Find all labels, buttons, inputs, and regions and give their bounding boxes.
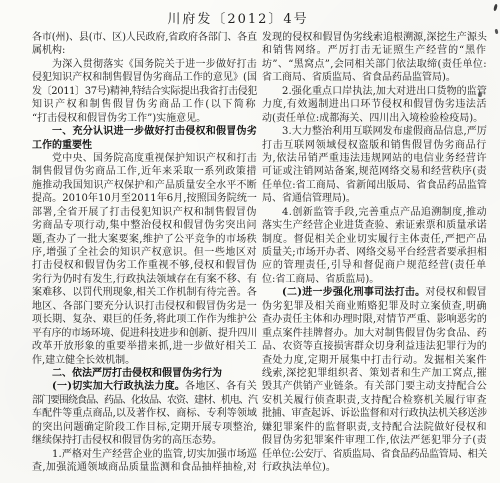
text-line: 毁其产供销产业链条。有关部门要主动支持配合公 <box>262 380 487 393</box>
body-text: 行政执法单位)。 <box>262 462 336 473</box>
body-text: 局、省通信管理局)。 <box>262 193 356 204</box>
text-line: 嫌犯罪案件的监督职责,支持配合法院做好侵权和 <box>262 421 487 434</box>
text-line: 作,建立健全长效机制。 <box>32 354 257 367</box>
body-text: 可证或注销网站备案,规范网络交易和经营秩序(责 <box>262 166 487 177</box>
text-line: 力度,有效遏制进出口环节侵权和假冒伪劣违法活 <box>262 98 487 111</box>
body-text: 属机构: <box>32 45 65 56</box>
body-text: 4.创新监管手段,完善重点产品追溯制度,推动 <box>282 207 487 218</box>
left-column: 各市(州)、县(市、区)人民政府,省政府各部门、各直属机构:为深入贯彻落实《国务… <box>32 31 257 474</box>
text-line: 省工商局、省质监局、省食品药品监管局)。 <box>262 71 487 84</box>
body-text: 动(责任单位:成都海关、四川出入境检验检疫局)。 <box>262 113 483 124</box>
text-line: 任单位:公安厅、省质监局、省食品药品监管局、相关 <box>262 448 487 461</box>
text-line: 劣商品专项行动,集中整治侵权和假冒伪劣突出问 <box>32 219 257 232</box>
body-text: 查办责任主体和办理时限,对情节严重、影响恶劣的 <box>262 314 487 325</box>
text-line: 属机构: <box>32 44 257 57</box>
body-text: “打击侵权和假冒伪劣工作”)实施意见。 <box>32 113 206 124</box>
body-text: 继续保持打击侵权和假冒伪劣的高压态势。 <box>32 435 222 446</box>
body-text: 3.大力整治利用互联网发布虚假商品信息,严厉 <box>282 126 487 137</box>
body-text: 应的管理责任,引导和督促商户规范经营(责任单 <box>262 260 487 271</box>
scan-artifact <box>478 92 482 97</box>
text-line: 平有序的市场环境、促进科技进步和创新、提升四川 <box>32 327 257 340</box>
text-line: 查处力度,定期开展集中打击行动。发掘相关案件 <box>262 354 487 367</box>
body-text: 提高。2010年10月至2011年6月,按照国务院统一 <box>32 193 257 204</box>
body-text: 坊”、“黑窝点”,会同相关部门依法取缔(责任单位: <box>262 59 487 70</box>
text-line: (二)进一步强化刑事司法打击。对侵权和假冒 <box>262 286 487 299</box>
body-text: 力度,有效遏制进出口环节侵权和假冒伪劣违法活 <box>262 99 487 110</box>
text-line: 部门要围绕食品、药品、化妆品、农资、建材、机电、汽 <box>32 394 257 407</box>
text-line: 质量关;市场开办者、网络交易平台经营者要承担相 <box>262 246 487 259</box>
body-text: 地区、各部门要充分认识打击侵权和假冒伪劣是一 <box>32 301 257 312</box>
text-line: 侵犯知识产权和制售假冒伪劣商品工作的意见》(国 <box>32 71 257 84</box>
scan-artifact <box>495 29 499 35</box>
text-line: 位:省工商局、省质监局)。 <box>262 273 487 286</box>
text-line: 部署,全省开展了打击侵犯知识产权和制售假冒伪 <box>32 206 257 219</box>
body-text: 序,增强了全社会的知识产权意识。但一些地区对 <box>32 247 257 258</box>
body-text: 为深入贯彻落实《国务院关于进一步做好打击 <box>52 59 257 70</box>
text-line: 局、省通信管理局)。 <box>262 192 487 205</box>
text-line: “打击侵权和假冒伪劣工作”)实施意见。 <box>32 112 257 125</box>
scanned-document-page: 川府发〔2012〕4号 各市(州)、县(市、区)人民政府,省政府各部门、各直属机… <box>0 0 500 483</box>
text-line: 各市(州)、县(市、区)人民政府,省政府各部门、各直 <box>32 31 257 44</box>
text-line: 和销售网络。严厉打击无证照生产经营的“黑作 <box>262 44 487 57</box>
text-line: 二、依法严厉打击侵权和假冒伪劣行为 <box>32 367 257 380</box>
body-text: 部门要围绕食品、药品、化妆品、农资、建材、机电、汽 <box>32 395 257 406</box>
heading-text: 一、充分认识进一步做好打击侵权和假冒伪劣 <box>52 126 257 137</box>
subheading-text: (一)切实加大行政执法力度。 <box>52 381 185 392</box>
text-line: 项长期、复杂、艰巨的任务,将此项工作作为维护公 <box>32 313 257 326</box>
body-text: 查,加强流通领域商品质量监测和食品抽样抽检,对 <box>32 462 257 473</box>
body-text: 党中央、国务院高度重视保护知识产权和打击 <box>52 153 257 164</box>
body-text: 知识产权和制售假冒伪劣商品工作(以下简称 <box>32 99 257 110</box>
text-line: 车配件等重点商品,以及著作权、商标、专利等领域 <box>32 407 257 420</box>
text-line: 重点案件挂牌督办。加大对制售假冒伪劣食品、药 <box>262 327 487 340</box>
body-text: 2.强化重点口岸执法,加大对进出口货物的监管 <box>282 86 487 97</box>
body-text: 落实生产经营企业进货查验、索证索票和质量承诺 <box>262 220 487 231</box>
text-line: 地区、各部门要充分认识打击侵权和假冒伪劣是一 <box>32 300 257 313</box>
body-text: 各地区、各有关 <box>185 381 257 392</box>
body-text: 劣行为仍时有发生,行政执法领域存在有案不移、有 <box>32 274 257 285</box>
text-line: 发现的侵权和假冒伪劣线索追根溯源,深挖生产源头 <box>262 31 487 44</box>
body-text: 部署,全省开展了打击侵犯知识产权和制售假冒伪 <box>32 207 257 218</box>
body-text: 和销售网络。严厉打击无证照生产经营的“黑作 <box>262 45 487 56</box>
text-line: 3.大力整治利用互联网发布虚假商品信息,严厉 <box>262 125 487 138</box>
text-line: 行政执法单位)。 <box>262 461 487 474</box>
text-line: 劣行为仍时有发生,行政执法领域存在有案不移、有 <box>32 273 257 286</box>
body-text: 劣商品专项行动,集中整治侵权和假冒伪劣突出问 <box>32 220 257 231</box>
body-text: 安机关履行侦查职责,支持配合检察机关履行审查 <box>262 395 487 406</box>
body-text: 假冒伪劣犯罪案件审理工作,依法严惩犯罪分子(责 <box>262 435 487 446</box>
heading-text: 二、依法严厉打击侵权和假冒伪劣行为 <box>52 368 222 379</box>
text-line: 党中央、国务院高度重视保护知识产权和打击 <box>32 152 257 165</box>
text-line: 动(责任单位:成都海关、四川出入境检验检疫局)。 <box>262 112 487 125</box>
body-text: 各市(州)、县(市、区)人民政府,省政府各部门、各直 <box>32 32 257 43</box>
text-line: 应的管理责任,引导和督促商户规范经营(责任单 <box>262 259 487 272</box>
text-line: 批捕、审查起诉、诉讼监督和对行政执法机关移送涉 <box>262 407 487 420</box>
text-line: 任单位:省工商局、省新闻出版局、省食品药品监管 <box>262 179 487 192</box>
body-text: 施推动我国知识产权保护和产品质量安全水平不断 <box>32 180 257 191</box>
body-text: 任单位:省工商局、省新闻出版局、省食品药品监管 <box>262 180 487 191</box>
body-text: 制售假冒伪劣商品工作,近年来采取一系列政策措 <box>32 166 257 177</box>
text-line: 假冒伪劣犯罪案件审理工作,依法严惩犯罪分子(责 <box>262 434 487 447</box>
subheading-text: (二)进一步强化刑事司法打击。 <box>282 287 425 298</box>
body-text: 毁其产供销产业链条。有关部门要主动支持配合公 <box>262 381 487 392</box>
text-line: 制度。督促相关企业切实履行主体责任,严把产品 <box>262 233 487 246</box>
text-line: 一、充分认识进一步做好打击侵权和假冒伪劣 <box>32 125 257 138</box>
body-text: 嫌犯罪案件的监督职责,支持配合法院做好侵权和 <box>262 422 487 433</box>
text-line: 2.强化重点口岸执法,加大对进出口货物的监管 <box>262 85 487 98</box>
body-text: 车配件等重点商品,以及著作权、商标、专利等领域 <box>32 408 257 419</box>
body-text: 侵犯知识产权和制售假冒伪劣商品工作的意见》(国 <box>32 72 257 83</box>
body-text: 项长期、复杂、艰巨的任务,将此项工作作为维护公 <box>32 314 257 325</box>
text-line: 伪劣犯罪及相关商业贿赂犯罪及时立案侦查,明确 <box>262 300 487 313</box>
text-line: 安机关履行侦查职责,支持配合检察机关履行审查 <box>262 394 487 407</box>
body-text: 批捕、审查起诉、诉讼监督和对行政执法机关移送涉 <box>262 408 487 419</box>
text-line: 坊”、“黑窝点”,会同相关部门依法取缔(责任单位: <box>262 58 487 71</box>
text-line: 提高。2010年10月至2011年6月,按照国务院统一 <box>32 192 257 205</box>
text-line: 打击侵权和假冒伪劣工作重视不够,侵权和假冒伪 <box>32 259 257 272</box>
text-line: 发〔2011〕37号)精神,特结合实际提出我省打击侵犯 <box>32 85 257 98</box>
text-line: 序,增强了全社会的知识产权意识。但一些地区对 <box>32 246 257 259</box>
text-line: 继续保持打击侵权和假冒伪劣的高压态势。 <box>32 434 257 447</box>
body-text: 对侵权和假冒 <box>425 287 487 298</box>
body-text: 品、农资等直接损害群众切身利益违法犯罪行为的 <box>262 341 487 352</box>
text-line: 品、农资等直接损害群众切身利益违法犯罪行为的 <box>262 340 487 353</box>
body-text: 任单位:公安厅、省质监局、省食品药品监管局、相关 <box>262 449 487 460</box>
body-text: 作,建立健全长效机制。 <box>32 355 135 366</box>
body-text: 质量关;市场开办者、网络交易平台经营者要承担相 <box>262 247 487 258</box>
right-column: 发现的侵权和假冒伪劣线索追根溯源,深挖生产源头和销售网络。严厉打击无证照生产经营… <box>262 31 487 474</box>
document-body: 各市(州)、县(市、区)人民政府,省政府各部门、各直属机构:为深入贯彻落实《国务… <box>32 31 487 474</box>
text-line: 查办责任主体和办理时限,对情节严重、影响恶劣的 <box>262 313 487 326</box>
body-text: 平有序的市场环境、促进科技进步和创新、提升四川 <box>32 328 257 339</box>
body-text: 的突出问题确定阶段工作目标,定期开展专项整治, <box>32 422 257 433</box>
text-line: 4.创新监管手段,完善重点产品追溯制度,推动 <box>262 206 487 219</box>
text-line: 改革开放形象的重要举措来抓,进一步做好相关工 <box>32 340 257 353</box>
text-line: 的突出问题确定阶段工作目标,定期开展专项整治, <box>32 421 257 434</box>
text-line: 题,查办了一批大案要案,维护了公平竞争的市场秩 <box>32 233 257 246</box>
scan-artifact <box>493 4 498 12</box>
scan-artifact <box>468 452 472 454</box>
text-line: 为,依法吊销严重违法违规网站的电信业务经营许 <box>262 152 487 165</box>
text-line: (一)切实加大行政执法力度。各地区、各有关 <box>32 380 257 393</box>
body-text: 发〔2011〕37号)精神,特结合实际提出我省打击侵犯 <box>32 86 257 97</box>
text-line: 为深入贯彻落实《国务院关于进一步做好打击 <box>32 58 257 71</box>
text-line: 1.严格对生产经营企业的监管,切实加强市场巡 <box>32 448 257 461</box>
heading-text: 工作的重要性 <box>32 140 92 151</box>
body-text: 改革开放形象的重要举措来抓,进一步做好相关工 <box>32 341 257 352</box>
text-line: 落实生产经营企业进货查验、索证索票和质量承诺 <box>262 219 487 232</box>
doc-number: 川府发〔2012〕4号 <box>0 8 476 27</box>
body-text: 制度。督促相关企业切实履行主体责任,严把产品 <box>262 234 487 245</box>
text-line: 知识产权和制售假冒伪劣商品工作(以下简称 <box>32 98 257 111</box>
body-text: 1.严格对生产经营企业的监管,切实加强市场巡 <box>52 449 257 460</box>
body-text: 位:省工商局、省质监局)。 <box>262 274 379 285</box>
text-line: 案难移、以罚代刑现象,相关工作机制有待完善。各 <box>32 286 257 299</box>
body-text: 发现的侵权和假冒伪劣线索追根溯源,深挖生产源头 <box>262 32 487 43</box>
text-line: 打击互联网领域侵权盗版和销售假冒伪劣商品行 <box>262 139 487 152</box>
text-line: 查,加强流通领域商品质量监测和食品抽样抽检,对 <box>32 461 257 474</box>
text-line: 可证或注销网站备案,规范网络交易和经营秩序(责 <box>262 165 487 178</box>
text-line: 线索,深挖犯罪组织者、策划者和生产加工窝点,摧 <box>262 367 487 380</box>
body-text: 伪劣犯罪及相关商业贿赂犯罪及时立案侦查,明确 <box>262 301 487 312</box>
text-line: 制售假冒伪劣商品工作,近年来采取一系列政策措 <box>32 165 257 178</box>
body-text: 查处力度,定期开展集中打击行动。发掘相关案件 <box>262 355 487 366</box>
body-text: 线索,深挖犯罪组织者、策划者和生产加工窝点,摧 <box>262 368 487 379</box>
body-text: 省工商局、省质监局、省食品药品监管局)。 <box>262 72 456 83</box>
body-text: 为,依法吊销严重违法违规网站的电信业务经营许 <box>262 153 487 164</box>
text-line: 工作的重要性 <box>32 139 257 152</box>
body-text: 打击互联网领域侵权盗版和销售假冒伪劣商品行 <box>262 140 487 151</box>
body-text: 题,查办了一批大案要案,维护了公平竞争的市场秩 <box>32 234 257 245</box>
body-text: 重点案件挂牌督办。加大对制售假冒伪劣食品、药 <box>262 328 487 339</box>
body-text: 打击侵权和假冒伪劣工作重视不够,侵权和假冒伪 <box>32 260 257 271</box>
text-line: 施推动我国知识产权保护和产品质量安全水平不断 <box>32 179 257 192</box>
body-text: 案难移、以罚代刑现象,相关工作机制有待完善。各 <box>32 287 257 298</box>
